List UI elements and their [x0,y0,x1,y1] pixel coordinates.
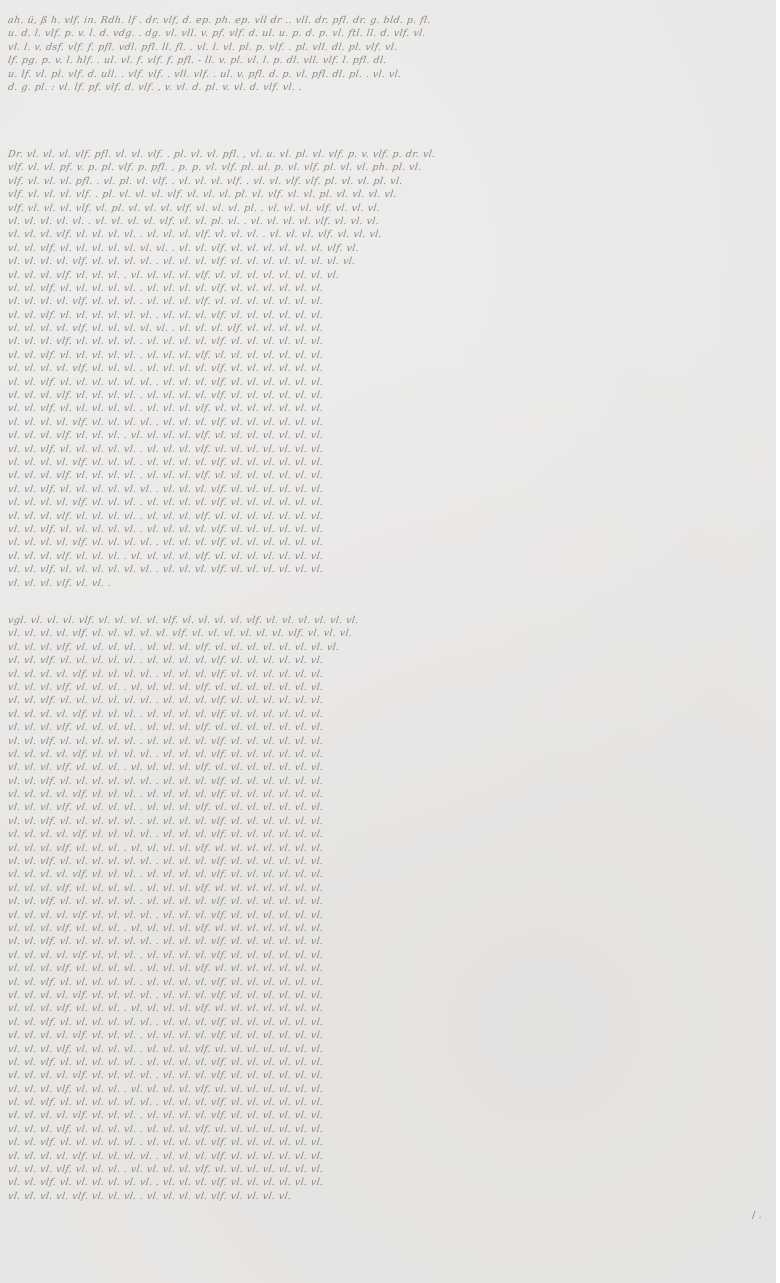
handwritten-line: vl. vl. vl. vl. vlf. vl. vl. vl. . vl. v… [7,362,761,375]
handwritten-line: vl. vl. vl. vlf. vl. vl. vl. . vl. vl. v… [7,922,761,935]
handwritten-line: vl. vl. vl. vlf. vl. vl. vl. vl. . vl. v… [7,335,761,348]
handwritten-line: vl. vl. vlf. vl. vl. vl. vl. vl. vl. . v… [7,309,761,322]
handwritten-line: d. g. pl. : vl. lf. pf. vlf. d. vlf. , v… [7,81,761,94]
manuscript-page: ah. ü, ß h. vlf. in. Rdh. lf . dr. vlf, … [0,0,776,1283]
handwritten-line: vl. vl. vl. vl. vlf. vl. vl. vl. . vl. v… [7,496,761,509]
handwritten-line: vl. vl. vl. vlf. vl. vl. vl. vl. . vl. v… [7,641,761,654]
paragraph-3: vgl. vl. vl. vl. vlf. vl. vl. vl. vl. vl… [8,614,760,1203]
handwritten-line: vl. vl. vl. vlf. vl. vl. vl. vl. . vl. v… [7,721,761,734]
handwritten-line: vl. vl. vl. vlf. vl. vl. vl. . vl. vl. v… [7,761,761,774]
handwritten-line: vl. l. v. dsf. vlf. f. pfl. vdl. pfl. ll… [7,41,761,54]
handwritten-line: vl. vl. vlf. vl. vl. vl. vl. vl. vl. . v… [7,1176,761,1189]
handwritten-line: vl. vl. vlf. vl. vl. vl. vl. vl. . vl. v… [7,976,761,989]
handwritten-line: vl. vl. vl. vl. vlf. vl. vl. vl. . vl. v… [7,949,761,962]
handwritten-line: vl. vl. vlf. vl. vl. vl. vl. vl. . vl. v… [7,402,761,415]
handwritten-line: vl. vl. vl. vl. vlf. vl. vl. vl. vl. vl.… [7,627,761,640]
handwritten-line: vl. vl. vl. vl. vlf. vl. vl. vl. . vl. v… [7,1109,761,1122]
handwritten-line: vl. vl. vlf. vl. vl. vl. vl. vl. . vl. v… [7,654,761,667]
handwritten-line: vl. vl. vl. vl. vlf. vl. vl. vl. vl. . v… [7,536,761,549]
handwritten-line: lf. pg. p. v. l. hlf. . ul. vl. f. vlf. … [7,54,761,67]
handwritten-line: vl. vl. vlf. vl. vl. vl. vl. vl. vl. . v… [7,1016,761,1029]
handwritten-line: vl. vl. vlf. vl. vl. vl. vl. vl. . vl. v… [7,282,761,295]
handwritten-line: vl. vl. vl. vlf. vl. vl. vl. vl. . vl. v… [7,1043,761,1056]
handwritten-line: vl. vl. vl. vlf. vl. vl. vl. vl. . vl. v… [7,1123,761,1136]
handwritten-line: vl. vl. vl. vl. vlf. vl. vl. vl. . vl. v… [7,456,761,469]
handwritten-line: vl. vl. vl. vlf. vl. vl. vl. . vl. vl. v… [7,842,761,855]
handwritten-line: vgl. vl. vl. vl. vlf. vl. vl. vl. vl. vl… [7,614,761,627]
handwritten-line: vl. vl. vl. vl. vl. . vl. vl. vl. vl. vl… [7,215,761,228]
handwritten-line: vl. vl. vl. vlf. vl. vl. vl. . vl. vl. v… [7,269,761,282]
handwritten-line: vlf. vl. vl. vl. vlf. vl. pl. vl. vl. vl… [7,202,761,215]
handwritten-line: vl. vl. vl. vlf. vl. vl. vl. vl. . vl. v… [7,510,761,523]
handwritten-line: vl. vl. vl. vlf. vl. vl. vl. vl. . vl. v… [7,962,761,975]
handwritten-line: vl. vl. vl. vl. vlf. vl. vl. vl. . vl. v… [7,868,761,881]
handwritten-line: vl. vl. vl. vl. vlf. vl. vl. vl. . vl. v… [7,1190,761,1203]
page-corner-mark: / . [752,1210,762,1221]
handwritten-line: vl. vl. vlf. vl. vl. vl. vl. vl. vl. . v… [7,775,761,788]
handwritten-line: vl. vl. vlf. vl. vl. vl. vl. vl. . vl. v… [7,735,761,748]
handwritten-line: vl. vl. vl. vlf. vl. vl. vl. vl. . vl. v… [7,389,761,402]
handwritten-line: vl. vl. vlf. vl. vl. vl. vl. vl. . vl. v… [7,349,761,362]
paragraph-2: Dr. vl. vl. vl. vlf. pfl. vl. vl. vlf. .… [8,148,760,590]
handwritten-line: vl. vl. vl. vlf. vl. vl. . [7,577,761,590]
handwritten-line: vl. vl. vl. vl. vlf. vl. vl. vl. vl. . v… [7,416,761,429]
handwritten-line: vl. vl. vl. vlf. vl. vl. vl. . vl. vl. v… [7,1083,761,1096]
handwritten-line: u. lf. vl. pl. vlf. d. ull. . vlf. vlf. … [7,68,761,81]
handwritten-line: vl. vl. vl. vl. vlf. vl. vl. vl. vl. . v… [7,989,761,1002]
handwritten-line: vl. vl. vl. vl. vlf. vl. vl. vl. . vl. v… [7,788,761,801]
handwritten-line: u. d. l. vlf. p. v. l. d. vdg. . dg. vl.… [7,27,761,40]
handwritten-line: vl. vl. vlf. vl. vl. vl. vl. vl. . vl. v… [7,443,761,456]
handwritten-line: vl. vl. vl. vl. vlf. vl. vl. vl. . vl. v… [7,708,761,721]
handwritten-line: vl. vl. vlf. vl. vl. vl. vl. vl. vl. . v… [7,935,761,948]
handwritten-line: vl. vl. vlf. vl. vl. vl. vl. vl. vl. . v… [7,376,761,389]
handwritten-line: vlf. vl. vl. vl. pfl. . vl. pl. vl. vlf.… [7,175,761,188]
handwritten-line: vl. vl. vl. vlf. vl. vl. vl. . vl. vl. v… [7,681,761,694]
handwritten-line: vl. vl. vlf. vl. vl. vl. vl. vl. vl. . v… [7,855,761,868]
handwritten-line [7,94,761,107]
handwritten-line: vl. vl. vlf. vl. vl. vl. vl. vl. vl. . v… [7,694,761,707]
handwritten-line: vl. vl. vlf. vl. vl. vl. vl. vl. vl. . v… [7,1096,761,1109]
handwritten-line: vlf. vl. vl. pf. v. p. pl. vlf. p. pfl. … [7,161,761,174]
handwritten-line: vl. vl. vlf. vl. vl. vl. vl. vl. . vl. v… [7,1056,761,1069]
handwritten-line: vl. vl. vlf. vl. vl. vl. vl. vl. . vl. v… [7,815,761,828]
handwritten-line: vl. vl. vl. vl. vlf. vl. vl. vl. vl. . v… [7,828,761,841]
handwritten-line: vl. vl. vlf. vl. vl. vl. vl. vl. vl. . v… [7,563,761,576]
handwritten-line: vl. vl. vlf. vl. vl. vl. vl. vl. vl. . v… [7,483,761,496]
handwritten-line: Dr. vl. vl. vl. vlf. pfl. vl. vl. vlf. .… [7,148,761,161]
handwritten-line: vl. vl. vl. vlf. vl. vl. vl. . vl. vl. v… [7,550,761,563]
handwritten-line: vl. vl. vlf. vl. vl. vl. vl. vl. . vl. v… [7,1136,761,1149]
handwritten-line: vl. vl. vlf. vl. vl. vl. vl. vl. . vl. v… [7,523,761,536]
handwritten-line: vl. vl. vl. vl. vlf. vl. vl. vl. vl. vl.… [7,322,761,335]
paragraph-1: ah. ü, ß h. vlf. in. Rdh. lf . dr. vlf, … [8,14,760,108]
handwritten-line: vl. vl. vl. vl. vlf. vl. vl. vl. vl. . v… [7,255,761,268]
handwritten-line: vl. vl. vl. vlf. vl. vl. vl. . vl. vl. v… [7,1163,761,1176]
handwritten-line: vl. vl. vl. vlf. vl. vl. vl. vl. . vl. v… [7,228,761,241]
handwritten-line: vl. vl. vl. vlf. vl. vl. vl. vl. . vl. v… [7,469,761,482]
handwritten-line: vl. vl. vl. vl. vlf. vl. vl. vl. vl. . v… [7,668,761,681]
handwritten-line: vl. vl. vl. vlf. vl. vl. vl. . vl. vl. v… [7,1002,761,1015]
handwritten-line: vl. vl. vl. vl. vlf. vl. vl. vl. vl. . v… [7,748,761,761]
handwritten-line: vl. vl. vl. vl. vlf. vl. vl. vl. . vl. v… [7,295,761,308]
handwritten-line: vl. vl. vlf. vl. vl. vl. vl. vl. . vl. v… [7,895,761,908]
handwritten-line: vlf. vl. vl. vl. vlf. . pl. vl. vl. vl. … [7,188,761,201]
handwritten-line: vl. vl. vl. vl. vlf. vl. vl. vl. vl. . v… [7,909,761,922]
handwritten-line: vl. vl. vl. vl. vlf. vl. vl. vl. . vl. v… [7,1029,761,1042]
handwritten-line: vl. vl. vl. vl. vlf. vl. vl. vl. vl. . v… [7,1150,761,1163]
handwritten-line: vl. vl. vl. vl. vlf. vl. vl. vl. vl. . v… [7,1069,761,1082]
handwritten-line: ah. ü, ß h. vlf. in. Rdh. lf . dr. vlf, … [7,14,761,27]
handwritten-line: vl. vl. vl. vlf. vl. vl. vl. vl. . vl. v… [7,882,761,895]
handwritten-line: vl. vl. vlf. vl. vl. vl. vl. vl. vl. vl.… [7,242,761,255]
handwritten-line: vl. vl. vl. vlf. vl. vl. vl. . vl. vl. v… [7,429,761,442]
handwritten-line: vl. vl. vl. vlf. vl. vl. vl. vl. . vl. v… [7,801,761,814]
